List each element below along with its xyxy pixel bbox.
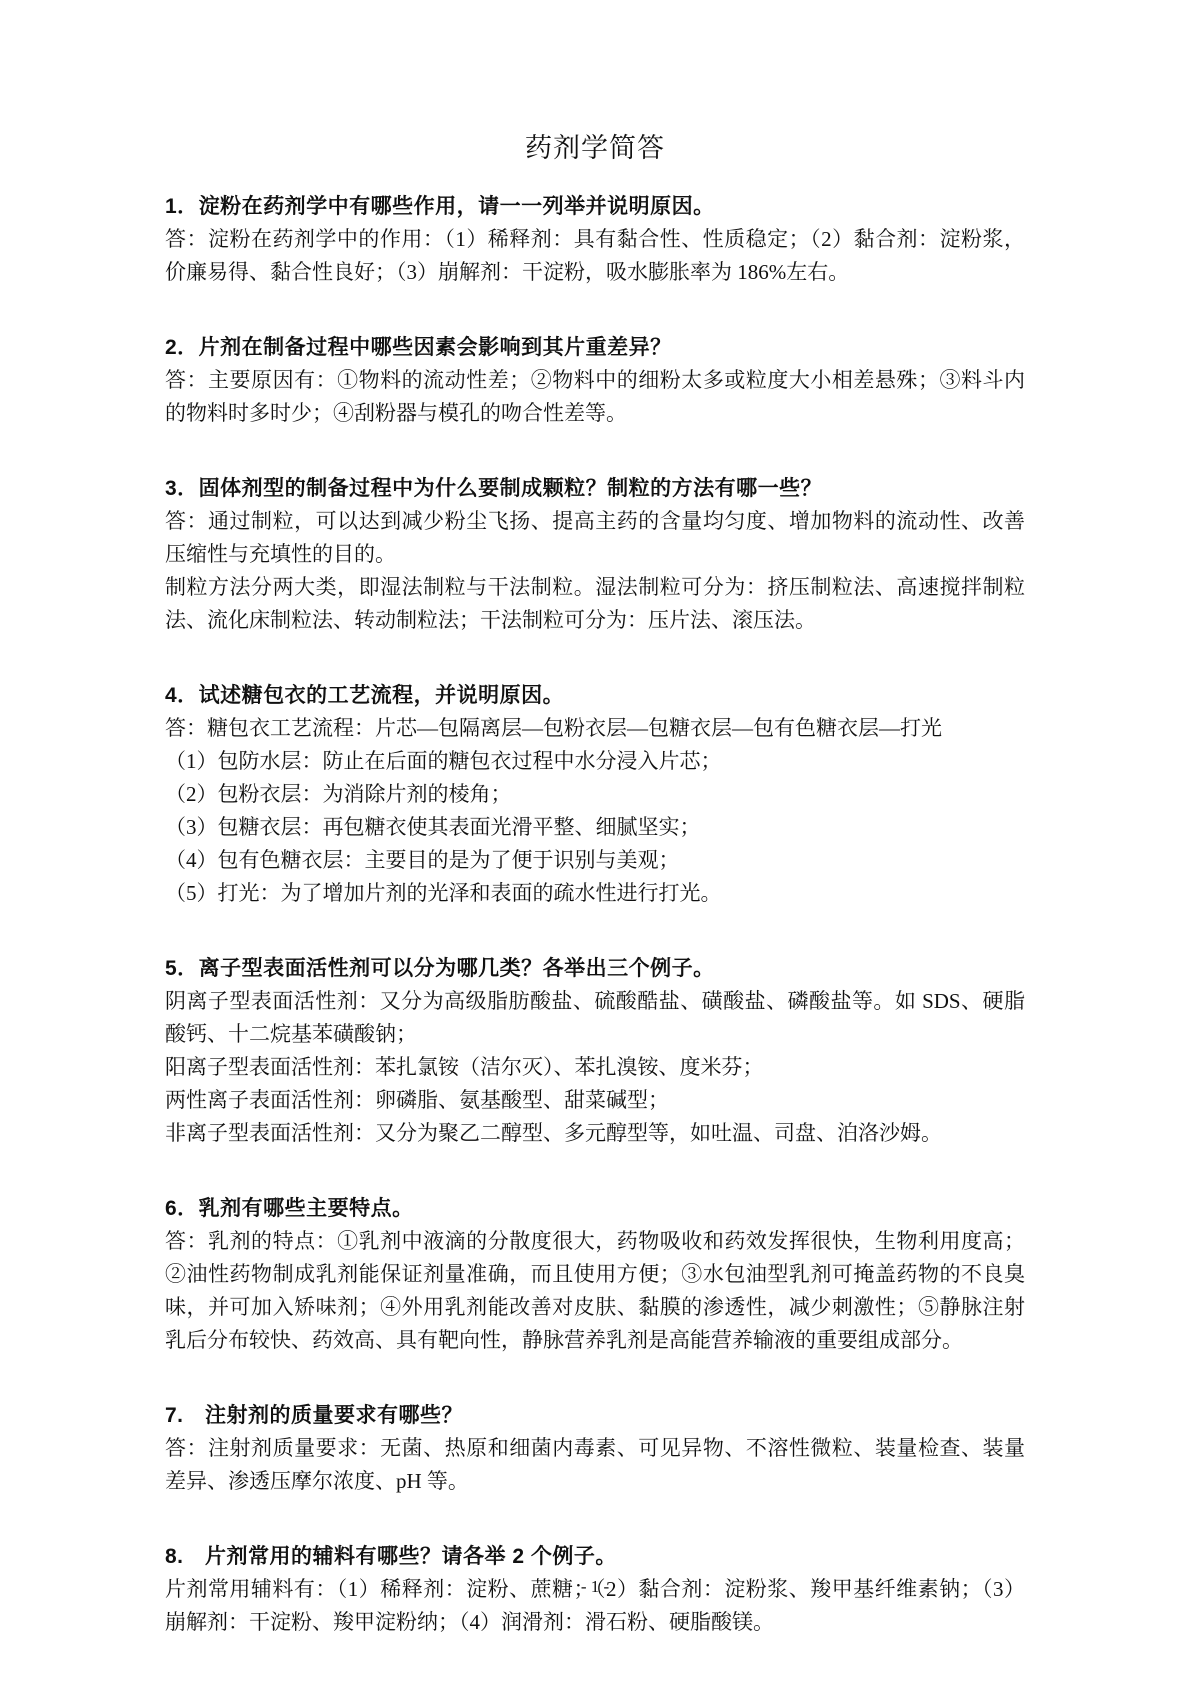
- answer-line: 答：糖包衣工艺流程：片芯—包隔离层—包粉衣层—包糖衣层—包有色糖衣层—打光: [165, 712, 1025, 745]
- qa-block-7: 7. 注射剂的质量要求有哪些？ 答：注射剂质量要求：无菌、热原和细菌内毒素、可见…: [165, 1399, 1025, 1498]
- answer-line: 崩解剂：干淀粉、羧甲淀粉纳；（4）润滑剂：滑石粉、硬脂酸镁。: [165, 1606, 1025, 1639]
- document-page: 药剂学简答 1．淀粉在药剂学中有哪些作用，请一一列举并说明原因。 答：淀粉在药剂…: [0, 0, 1190, 1683]
- answer-line: 差异、渗透压摩尔浓度、pH 等。: [165, 1465, 1025, 1498]
- answer-line: 制粒方法分两大类，即湿法制粒与干法制粒。湿法制粒可分为：挤压制粒法、高速搅拌制粒: [165, 571, 1025, 604]
- question-heading: 8. 片剂常用的辅料有哪些？请各举 2 个例子。: [165, 1540, 1025, 1573]
- answer-line: （5）打光：为了增加片剂的光泽和表面的疏水性进行打光。: [165, 877, 1025, 910]
- question-heading: 2．片剂在制备过程中哪些因素会影响到其片重差异？: [165, 331, 1025, 364]
- answer-line: 答：乳剂的特点：①乳剂中液滴的分散度很大，药物吸收和药效发挥很快，生物利用度高；: [165, 1225, 1025, 1258]
- answer-line: 的物料时多时少；④刮粉器与模孔的吻合性差等。: [165, 397, 1025, 430]
- qa-block-2: 2．片剂在制备过程中哪些因素会影响到其片重差异？ 答：主要原因有：①物料的流动性…: [165, 331, 1025, 430]
- answer-line: 非离子型表面活性剂：又分为聚乙二醇型、多元醇型等，如吐温、司盘、泊洛沙姆。: [165, 1117, 1025, 1150]
- answer-line: 答：淀粉在药剂学中的作用：（1）稀释剂：具有黏合性、性质稳定；（2）黏合剂：淀粉…: [165, 223, 1025, 256]
- answer-line: （4）包有色糖衣层：主要目的是为了便于识别与美观；: [165, 844, 1025, 877]
- answer-line: 乳后分布较快、药效高、具有靶向性，静脉营养乳剂是高能营养输液的重要组成部分。: [165, 1324, 1025, 1357]
- qa-block-6: 6．乳剂有哪些主要特点。 答：乳剂的特点：①乳剂中液滴的分散度很大，药物吸收和药…: [165, 1192, 1025, 1357]
- page-title: 药剂学简答: [165, 128, 1025, 168]
- answer-line: 阴离子型表面活性剂：又分为高级脂肪酸盐、硫酸酷盐、磺酸盐、磷酸盐等。如 SDS、…: [165, 985, 1025, 1018]
- answer-line: 压缩性与充填性的目的。: [165, 538, 1025, 571]
- answer-line: （1）包防水层：防止在后面的糖包衣过程中水分浸入片芯；: [165, 745, 1025, 778]
- answer-line: 答：通过制粒，可以达到减少粉尘飞扬、提高主药的含量均匀度、增加物料的流动性、改善: [165, 505, 1025, 538]
- answer-line: （2）包粉衣层：为消除片剂的棱角；: [165, 778, 1025, 811]
- qa-block-1: 1．淀粉在药剂学中有哪些作用，请一一列举并说明原因。 答：淀粉在药剂学中的作用：…: [165, 190, 1025, 289]
- qa-block-4: 4．试述糖包衣的工艺流程，并说明原因。 答：糖包衣工艺流程：片芯—包隔离层—包粉…: [165, 679, 1025, 910]
- answer-line: 味，并可加入矫味剂；④外用乳剂能改善对皮肤、黏膜的渗透性，减少刺激性；⑤静脉注射: [165, 1291, 1025, 1324]
- answer-line: 两性离子表面活性剂：卵磷脂、氨基酸型、甜菜碱型；: [165, 1084, 1025, 1117]
- question-heading: 5．离子型表面活性剂可以分为哪几类？各举出三个例子。: [165, 952, 1025, 985]
- question-heading: 7. 注射剂的质量要求有哪些？: [165, 1399, 1025, 1432]
- answer-line: 价廉易得、黏合性良好；（3）崩解剂：干淀粉，吸水膨胀率为 186%左右。: [165, 256, 1025, 289]
- answer-line: 酸钙、十二烷基苯磺酸钠；: [165, 1018, 1025, 1051]
- qa-block-3: 3．固体剂型的制备过程中为什么要制成颗粒？制粒的方法有哪一些？ 答：通过制粒，可…: [165, 472, 1025, 637]
- question-heading: 3．固体剂型的制备过程中为什么要制成颗粒？制粒的方法有哪一些？: [165, 472, 1025, 505]
- answer-line: （3）包糖衣层：再包糖衣使其表面光滑平整、细腻坚实；: [165, 811, 1025, 844]
- page-number: - 1 -: [0, 1577, 1190, 1597]
- answer-line: ②油性药物制成乳剂能保证剂量准确，而且使用方便；③水包油型乳剂可掩盖药物的不良臭: [165, 1258, 1025, 1291]
- answer-line: 阳离子型表面活性剂：苯扎氯铵（洁尔灭）、苯扎溴铵、度米芬；: [165, 1051, 1025, 1084]
- question-heading: 4．试述糖包衣的工艺流程，并说明原因。: [165, 679, 1025, 712]
- qa-block-5: 5．离子型表面活性剂可以分为哪几类？各举出三个例子。 阴离子型表面活性剂：又分为…: [165, 952, 1025, 1150]
- answer-line: 答：主要原因有：①物料的流动性差；②物料中的细粉太多或粒度大小相差悬殊；③料斗内: [165, 364, 1025, 397]
- answer-line: 答：注射剂质量要求：无菌、热原和细菌内毒素、可见异物、不溶性微粒、装量检查、装量: [165, 1432, 1025, 1465]
- question-heading: 6．乳剂有哪些主要特点。: [165, 1192, 1025, 1225]
- answer-line: 法、流化床制粒法、转动制粒法；干法制粒可分为：压片法、滚压法。: [165, 604, 1025, 637]
- document-content: 药剂学简答 1．淀粉在药剂学中有哪些作用，请一一列举并说明原因。 答：淀粉在药剂…: [165, 128, 1025, 1639]
- question-heading: 1．淀粉在药剂学中有哪些作用，请一一列举并说明原因。: [165, 190, 1025, 223]
